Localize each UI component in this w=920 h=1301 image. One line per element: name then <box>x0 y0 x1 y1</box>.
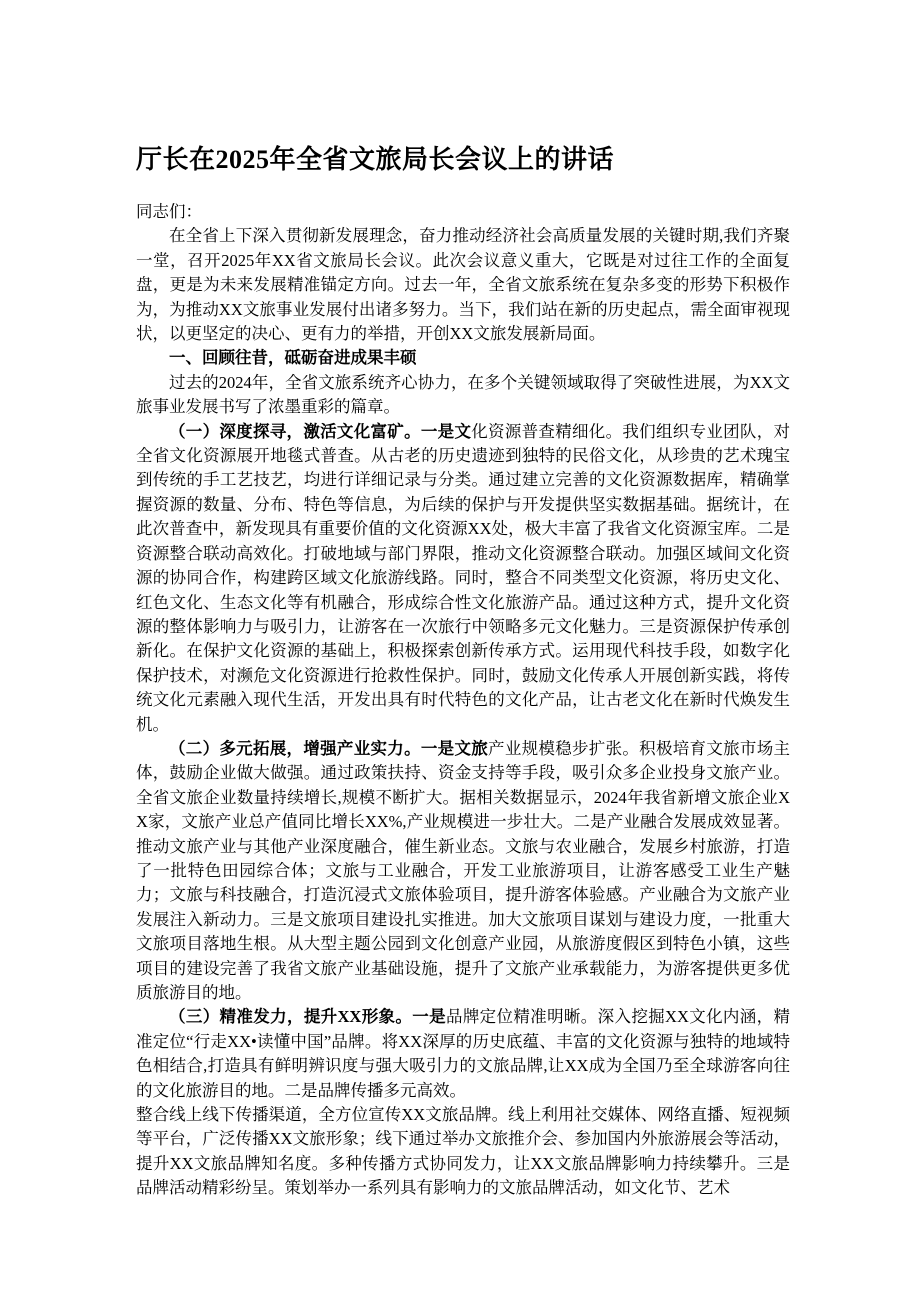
paragraph-opening: 在全省上下深入贯彻新发展理念，奋力推动经济社会高质量发展的关键时期,我们齐聚一堂… <box>136 224 790 346</box>
point-2-body-text: 产业规模稳步扩张。积极培育文旅市场主体，鼓励企业做大做强。通过政策扶持、资金支持… <box>136 739 790 1002</box>
salutation: 同志们： <box>136 200 790 224</box>
point-2-lead-in: （二）多元拓展，增强产业实力。一是文旅 <box>169 739 488 758</box>
point-1-lead-in: （一）深度探寻，激活文化富矿。一是文 <box>169 422 471 441</box>
point-1-body-text: 化资源普查精细化。我们组织专业团队，对全省文化资源展开地毯式普查。从古老的历史遗… <box>136 422 790 734</box>
point-3-lead-in: （三）精准发力，提升XX形象。一是 <box>169 1007 446 1026</box>
paragraph-opening-text: 在全省上下深入贯彻新发展理念，奋力推动经济社会高质量发展的关键时期,我们齐聚一堂… <box>136 226 790 343</box>
document-content: 厅长在2025年全省文旅局长会议上的讲话 同志们： 在全省上下深入贯彻新发展理念… <box>136 141 790 1201</box>
document-page: 厅长在2025年全省文旅局长会议上的讲话 同志们： 在全省上下深入贯彻新发展理念… <box>0 0 920 1301</box>
paragraph-point-2: （二）多元拓展，增强产业实力。一是文旅产业规模稳步扩张。积极培育文旅市场主体，鼓… <box>136 737 790 1005</box>
document-title: 厅长在2025年全省文旅局长会议上的讲话 <box>136 141 790 178</box>
section-heading-1-text: 一、回顾往昔，砥砺奋进成果丰硕 <box>169 348 417 367</box>
brand-promotion-text: 整合线上线下传播渠道，全方位宣传XX文旅品牌。线上利用社交媒体、网络直播、短视频… <box>136 1105 790 1197</box>
paragraph-review-intro-text: 过去的2024年，全省文旅系统齐心协力，在多个关键领域取得了突破性进展，为XX文… <box>136 373 790 416</box>
paragraph-review-intro: 过去的2024年，全省文旅系统齐心协力，在多个关键领域取得了突破性进展，为XX文… <box>136 371 790 420</box>
paragraph-point-1: （一）深度探寻，激活文化富矿。一是文化资源普查精细化。我们组织专业团队，对全省文… <box>136 420 790 737</box>
paragraph-brand-promotion: 整合线上线下传播渠道，全方位宣传XX文旅品牌。线上利用社交媒体、网络直播、短视频… <box>136 1103 790 1201</box>
section-heading-1: 一、回顾往昔，砥砺奋进成果丰硕 <box>136 346 790 370</box>
paragraph-point-3: （三）精准发力，提升XX形象。一是品牌定位精准明晰。深入挖掘XX文化内涵，精准定… <box>136 1005 790 1103</box>
